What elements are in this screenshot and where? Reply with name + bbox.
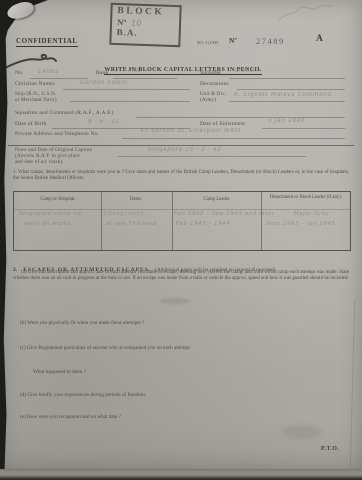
- table-column-line-3: [261, 192, 262, 250]
- field-label-date-of-enlistment: Date of Enlistment: [200, 121, 245, 127]
- table-cell-r2c1: went on works: [24, 221, 71, 227]
- field-line-decorations: [237, 89, 345, 90]
- section-2-item-a: (a) Give full description and approx. da…: [13, 270, 349, 282]
- table-cell-r2c4: Sept 1943 – Jan 1945: [266, 221, 336, 227]
- section-divider-line: [8, 145, 354, 146]
- section-2-item-e: (e) How were you recaptured and on what …: [20, 414, 121, 420]
- field-line-unit: [229, 101, 345, 102]
- camps-table: Camp or Hospital. Dates. Camp Leader. De…: [13, 191, 351, 251]
- form-reference: M.I. 9 (JAP): [197, 40, 218, 45]
- field-line-ship: [70, 101, 190, 102]
- confidential-marking: CONFIDENTIAL: [16, 37, 78, 47]
- table-header-camp: Camp or Hospital.: [18, 197, 98, 202]
- field-value-capture: Singapore 15 · 2 · 42: [148, 147, 221, 153]
- field-value-unit: R. Signals Malaya Command: [234, 92, 332, 98]
- section-2-item-b: (b) Were you physically fit when you mad…: [20, 320, 144, 326]
- series-letter: A: [316, 34, 323, 44]
- field-label-decorations: Decorations: [200, 81, 229, 87]
- field-label-unit-2: (Army): [200, 98, 216, 103]
- stamp-no-handwritten-value: 10: [131, 18, 141, 27]
- field-line-christian-names: [63, 89, 190, 90]
- field-value-rank: Pte.: [128, 68, 142, 74]
- table-cell-r1c4: Major Grey: [294, 211, 330, 217]
- field-label-unit-1: Unit & Div.: [200, 92, 226, 97]
- section-2-item-c2: What happened to them ?: [33, 369, 86, 375]
- field-line-rank: [113, 78, 177, 79]
- field-label-address: Private Address and Telephone No.: [15, 131, 99, 137]
- table-cell-r1c3: Feb 1942 – Sep 1943 and later: [174, 211, 274, 217]
- question-1-text: 1. What camps, detachments or hospitals …: [13, 170, 349, 182]
- table-column-line-2: [172, 192, 173, 250]
- field-line-surname: [229, 78, 345, 79]
- field-label-squadron: Squadron and Command (R.A.F., A.A.F.): [15, 110, 114, 116]
- field-label-capture-1: Place and Date of Original Capture: [15, 148, 92, 153]
- table-header-detachment-leader: Detachment or Block Leader (if any).: [266, 195, 346, 200]
- pto-marking: P.T.O.: [321, 446, 339, 452]
- field-label-ship-2: or Merchant Navy): [15, 98, 57, 103]
- table-cell-r1c2: Changi until: [104, 211, 144, 217]
- serial-no-prefix: Nº: [229, 36, 237, 45]
- faint-pencil-scribble: [276, 2, 336, 26]
- field-value-address: 47 Vernon St. Liverpool West: [140, 128, 241, 134]
- table-header-camp-leader: Camp Leader.: [176, 197, 258, 202]
- field-label-rank: Rank: [96, 70, 108, 76]
- section-2-item-d: (d) Give briefly your experiences during…: [20, 392, 146, 398]
- table-cell-r2c2: at sea Thailand: [106, 221, 156, 227]
- field-line-address: [122, 138, 345, 139]
- serial-number: 27489: [256, 36, 285, 46]
- field-value-surname: Glover: [234, 68, 257, 74]
- field-label-ship-1: Ship (R.N., U.S.N.: [15, 92, 56, 97]
- field-label-capture-3: and date of a/c crash).: [15, 160, 64, 165]
- field-value-no: 14062: [38, 69, 59, 75]
- field-label-capture-2: (Aircrew R.A.F. to give place: [15, 154, 80, 159]
- field-label-no: No.: [15, 70, 24, 76]
- field-line-date-of-enlistment: [262, 128, 345, 129]
- section-2-item-c: (c) Give Regimental particulars of anyon…: [20, 345, 191, 351]
- paper-bottom-edge: [0, 469, 362, 480]
- field-line-no: [30, 78, 88, 79]
- scanned-pow-questionnaire: BLOCK Nº 10 B.A. CONFIDENTIAL M.I. 9 (JA…: [0, 0, 362, 480]
- stamp-no-prefix: Nº: [117, 17, 126, 27]
- field-label-date-of-birth: Date of Birth: [15, 121, 47, 127]
- pencil-smudge: [160, 298, 190, 304]
- table-header-line: [14, 209, 350, 210]
- field-line-squadron: [136, 117, 345, 118]
- field-value-date-of-birth: 9 · 6 · 21: [88, 119, 120, 125]
- field-value-christian-names: Gordon Edwin: [80, 80, 128, 86]
- table-column-line-1: [101, 192, 102, 250]
- field-value-date-of-enlistment: 3 Jan 1940: [268, 118, 305, 124]
- table-cell-r2c3: Feb 1943 – 1944: [176, 221, 230, 227]
- field-label-christian-names: Christian Names: [15, 81, 55, 87]
- table-cell-r1c1: Singapore camp no: [19, 211, 82, 217]
- stamp-line-ba: B.A.: [117, 27, 174, 39]
- block-number-stamp: BLOCK Nº 10 B.A.: [109, 3, 181, 47]
- field-label-surname: Surname: [200, 70, 221, 76]
- field-line-capture: [118, 156, 306, 157]
- paper-stain: [282, 425, 322, 439]
- table-header-dates: Dates.: [104, 197, 168, 202]
